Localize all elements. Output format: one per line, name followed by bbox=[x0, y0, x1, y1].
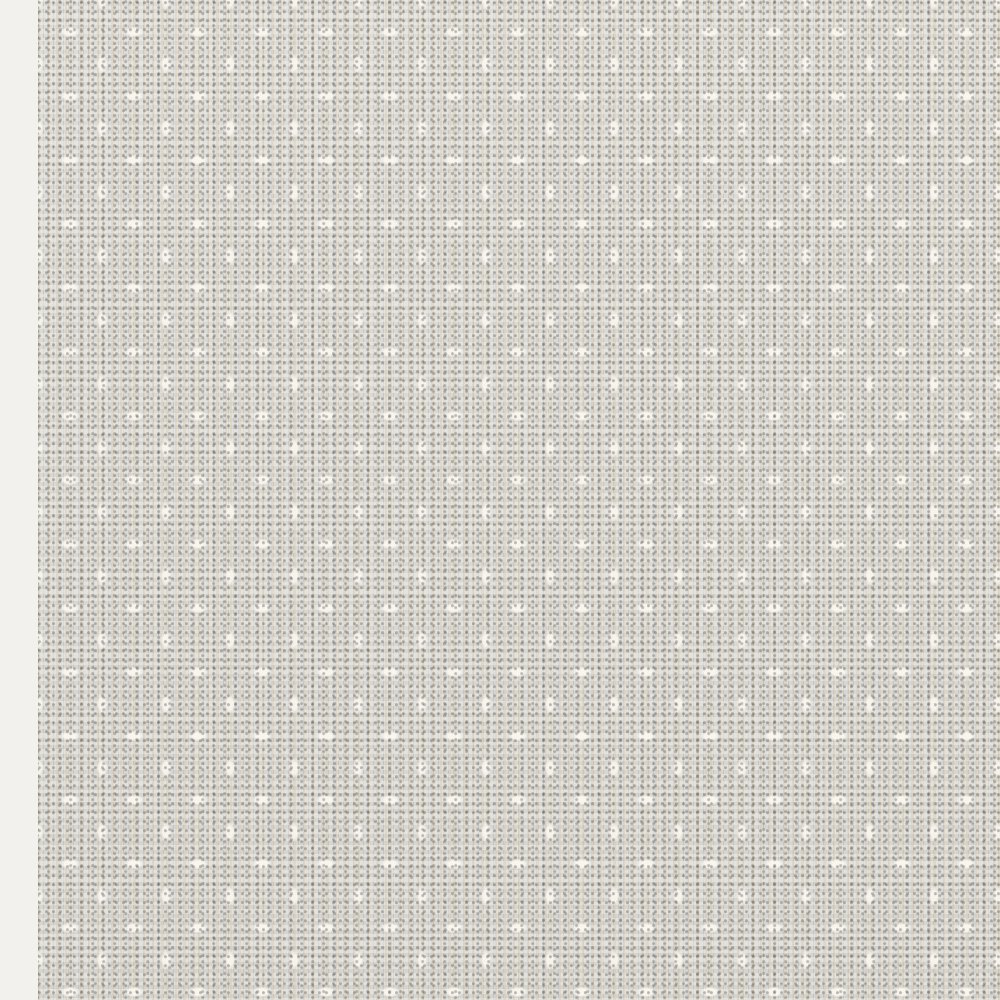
tweed-fabric-texture bbox=[38, 0, 1000, 1000]
background-edge bbox=[0, 0, 38, 1000]
tweed-fabric-photo bbox=[0, 0, 1000, 1000]
